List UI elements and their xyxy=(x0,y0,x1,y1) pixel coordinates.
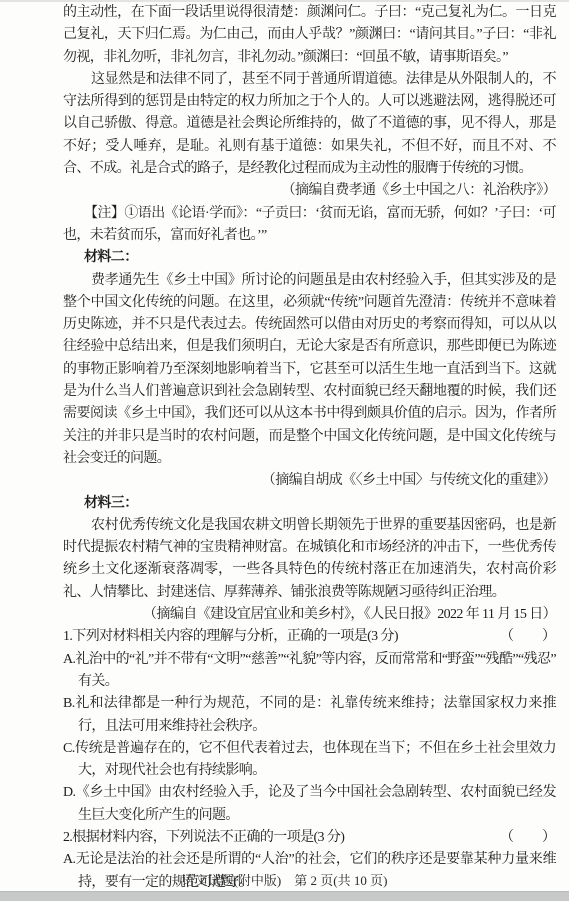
question-1-option-c: C.传统是普遍存在的，它不但代表着过去，也体现在当下；不但在乡土社会里效力大，对… xyxy=(63,738,556,783)
material-three-source: （摘编自《建设宜居宜业和美乡村》，《人民日报》2022 年 11 月 15 日） xyxy=(63,604,556,626)
page-content: 的主动性，在下面一段话里说得很清楚：颜渊问仁。子曰：“克己复礼为仁。一日克己复礼… xyxy=(63,2,556,894)
material-three-heading: 材料三： xyxy=(63,493,556,515)
material-one-source: （摘编自费孝通《乡土中国之八：礼治秩序》） xyxy=(63,180,556,202)
material-three-paragraph: 农村优秀传统文化是我国农耕文明曾长期领先于世界的重要基因密码，也是新时代提振农村… xyxy=(63,515,556,604)
material-two-paragraph: 费孝通先生《乡土中国》所讨论的问题虽是由农村经验入手，但其实涉及的是整个中国文化… xyxy=(63,270,556,471)
question-1-answer-brackets: （ ） xyxy=(500,626,556,648)
material-one-paragraph: 这显然是和法律不同了，甚至不同于普通所谓道德。法律是从外限制人的，不守法所得到的… xyxy=(63,69,556,180)
question-1-stem: 1.下列对材料相关内容的理解与分析，正确的一项是(3 分) xyxy=(63,626,398,648)
material-one-note: 【注】①语出《论语·学而》：“子贡曰：‘贫而无谄，富而无骄，何如？’子曰：‘可也… xyxy=(63,203,556,248)
material-two-heading: 材料二： xyxy=(63,247,556,269)
question-1-option-b: B.礼和法律都是一种行为规范，不同的是：礼靠传统来维持；法靠国家权力来推行，且法… xyxy=(63,693,556,738)
question-1-option-a: A.礼治中的“礼”并不带有“文明”“慈善”“礼貌”等内容，反而常常和“野蛮”“残… xyxy=(63,649,556,694)
question-2-stem: 2.根据材料内容，下列说法不正确的一项是(3 分) xyxy=(63,827,344,849)
exam-paper-page: 的主动性，在下面一段话里说得很清楚：颜渊问仁。子曰：“克己复礼为仁。一日克己复礼… xyxy=(0,0,569,901)
scan-edge-bottom xyxy=(0,891,569,901)
question-2-answer-brackets: （ ） xyxy=(500,827,556,849)
question-1: 1.下列对材料相关内容的理解与分析，正确的一项是(3 分) （ ） A.礼治中的… xyxy=(63,626,556,827)
material-one-continuation: 的主动性，在下面一段话里说得很清楚：颜渊问仁。子曰：“克己复礼为仁。一日克己复礼… xyxy=(63,2,556,69)
material-two-source: （摘编自胡成《〈乡土中国〉与传统文化的重建》） xyxy=(63,470,556,492)
question-1-option-d: D.《乡土中国》由农村经验入手，论及了当今中国社会急剧转型、农村面貌已经发生巨大… xyxy=(63,782,556,827)
page-footer: 语文试题(附中版) 第 2 页(共 10 页) xyxy=(0,870,569,889)
